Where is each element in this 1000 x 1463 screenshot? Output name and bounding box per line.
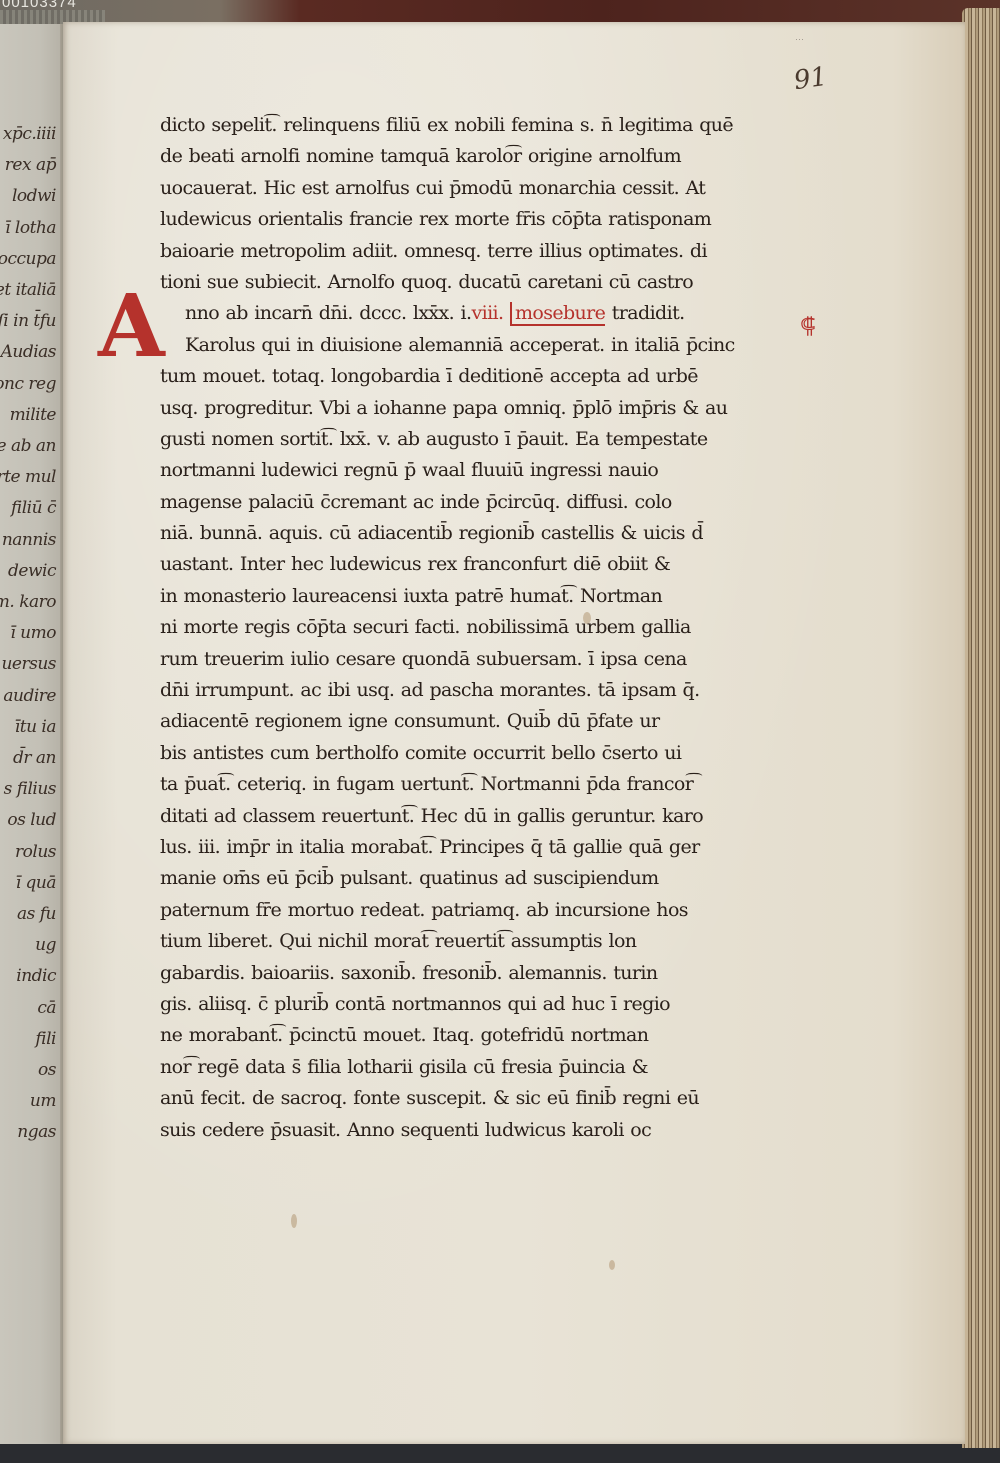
pencil-mark: ··· (795, 34, 804, 44)
text-line: nor͡ regē data s̄ filia lotharii gisila … (160, 1052, 800, 1083)
text-line: ni morte regis cōp̄ta securi facti. nobi… (160, 612, 800, 643)
left-page-fragment: ſi in t̄fu (0, 311, 56, 331)
left-page-fragment: milite (10, 405, 56, 425)
left-page-fragment: audire (3, 686, 56, 706)
rubricated-initial: A (98, 282, 168, 372)
text-line: uastant. Inter hec ludewicus rex francon… (160, 549, 800, 580)
left-page-fragment: nannis (2, 530, 56, 550)
annal-year-text: nno ab incarn̄ dn̄i. dccc. lxx̄x. i. (185, 302, 471, 324)
left-page-fragment: u occupa (0, 249, 56, 269)
left-page-fragment: xp̄c.iiii (3, 124, 56, 144)
line-filler-mark: ⸿ (800, 310, 816, 340)
text-line: bis antistes cum bertholfo comite occurr… (160, 738, 800, 769)
left-page-fragment: uersus (1, 654, 56, 674)
rubric-boxed-word: mosebure (510, 302, 605, 326)
text-line: usq. progreditur. Vbi a iohanne papa omn… (160, 393, 800, 424)
left-page-fragment: as fu (17, 904, 56, 924)
text-line: nortmanni ludewici regnū p̄ waal fluuiū … (160, 455, 800, 486)
stain-spot (291, 1214, 297, 1228)
left-page-fragment: ngas (17, 1122, 56, 1142)
left-page-fragment: ī quā (16, 873, 56, 893)
left-page-fragment: cā (37, 998, 56, 1018)
text-line: tium liberet. Qui nichil morat͡ reuertit… (160, 926, 800, 957)
text-line: gis. aliisq. c̄ plurib̄ contā nortmannos… (160, 989, 800, 1020)
annal-entry-text: tradidit. (605, 302, 684, 324)
text-line: gabardis. baioariis. saxonib̄. fresonib̄… (160, 958, 800, 989)
text-line: paternum fr̄e mortuo redeat. patriamq. a… (160, 895, 800, 926)
left-page-fragment: filiū c̄ (11, 498, 56, 518)
folio-number: 91 (792, 62, 829, 96)
text-line: Karolus qui in diuisione alemanniā accep… (160, 330, 800, 361)
left-page-fragment: indic (16, 966, 56, 986)
text-line: adiacentē regionem igne consumunt. Quib̄… (160, 706, 800, 737)
left-page-fragment: us rex ap̄ (0, 155, 56, 175)
text-line: ta p̄uat͡. ceteriq. in fugam uertunt͡. N… (160, 769, 800, 800)
left-page-fragment: os (38, 1060, 56, 1080)
text-line: gusti nomen sortit͡. lxx̄. v. ab augusto… (160, 424, 800, 455)
shelfmark-label: 00103374 (2, 0, 77, 11)
text-line: tioni sue subiecit. Arnolfo quoq. ducatū… (160, 267, 800, 298)
rubric-numeral: viii. (471, 302, 503, 324)
page-fore-edge (962, 8, 1000, 1448)
left-page-fragment: ī lotha (5, 218, 56, 238)
left-page-fragment: dewic (8, 561, 56, 581)
left-page-fragment: rte mul (0, 467, 56, 487)
left-page-fragment: Audias (1, 342, 56, 362)
text-line-rubricated: nno ab incarn̄ dn̄i. dccc. lxx̄x. i.viii… (160, 298, 800, 329)
text-line: in monasterio laureacensi iuxta patrē hu… (160, 581, 800, 612)
text-line: uocauerat. Hic est arnolfus cui p̄modū m… (160, 173, 800, 204)
main-text-block: dicto sepelit͡. relinquens filiū ex nobi… (160, 110, 800, 1146)
text-line: de beati arnolfi nomine tamquā karolo͡r … (160, 141, 800, 172)
left-page-fragment: ītu ia (15, 717, 56, 737)
left-page-fragment: ug (35, 935, 56, 955)
left-page-fragment: ionc reg (0, 374, 56, 394)
left-page-fragment: et italiā (0, 280, 56, 300)
left-page-fragment: lodwi (12, 186, 56, 206)
text-line: ludewicus orientalis francie rex morte f… (160, 204, 800, 235)
left-page-fragment: fili (35, 1029, 56, 1049)
left-page-fragment: d̄r an (13, 748, 56, 768)
left-page-fragment: ge ab an (0, 436, 56, 456)
text-line: ditati ad classem reuertunt͡. Hec dū in … (160, 801, 800, 832)
text-line: anū fecit. de sacroq. fonte suscepit. & … (160, 1083, 800, 1114)
text-line: suis cedere p̄suasit. Anno sequenti ludw… (160, 1115, 800, 1146)
left-page-fragment: um (30, 1091, 56, 1111)
text-line: rum treuerim iulio cesare quondā subuers… (160, 644, 800, 675)
text-line: niā. bunnā. aquis. cū adiacentib̄ region… (160, 518, 800, 549)
text-line: manie om̄s eū p̄cib̄ pulsant. quatinus a… (160, 863, 800, 894)
left-page-fragment: s filius (4, 779, 56, 799)
text-line: dicto sepelit͡. relinquens filiū ex nobi… (160, 110, 800, 141)
text-line: lus. iii. imp̄r in italia morabat͡. Prin… (160, 832, 800, 863)
left-page-fragment: rolus (15, 842, 56, 862)
text-line: magense palaciū c̄cremant ac inde p̄circ… (160, 487, 800, 518)
text-line: tum mouet. totaq. longobardia ī dedition… (160, 361, 800, 392)
left-page-fragment: ī umo (10, 623, 56, 643)
left-page-fragment: os lud (7, 810, 56, 830)
facing-page-left: xp̄c.iiiius rex ap̄lodwiī lothau occupae… (0, 24, 66, 1444)
left-page-fragment: m. karo (0, 592, 56, 612)
text-line: dn̄i irrumpunt. ac ibi usq. ad pascha mo… (160, 675, 800, 706)
text-line: ne morabant͡. p̄cinctū mouet. Itaq. gote… (160, 1020, 800, 1051)
stain-spot (609, 1260, 615, 1270)
text-line: baioarie metropolim adiit. omnesq. terre… (160, 236, 800, 267)
